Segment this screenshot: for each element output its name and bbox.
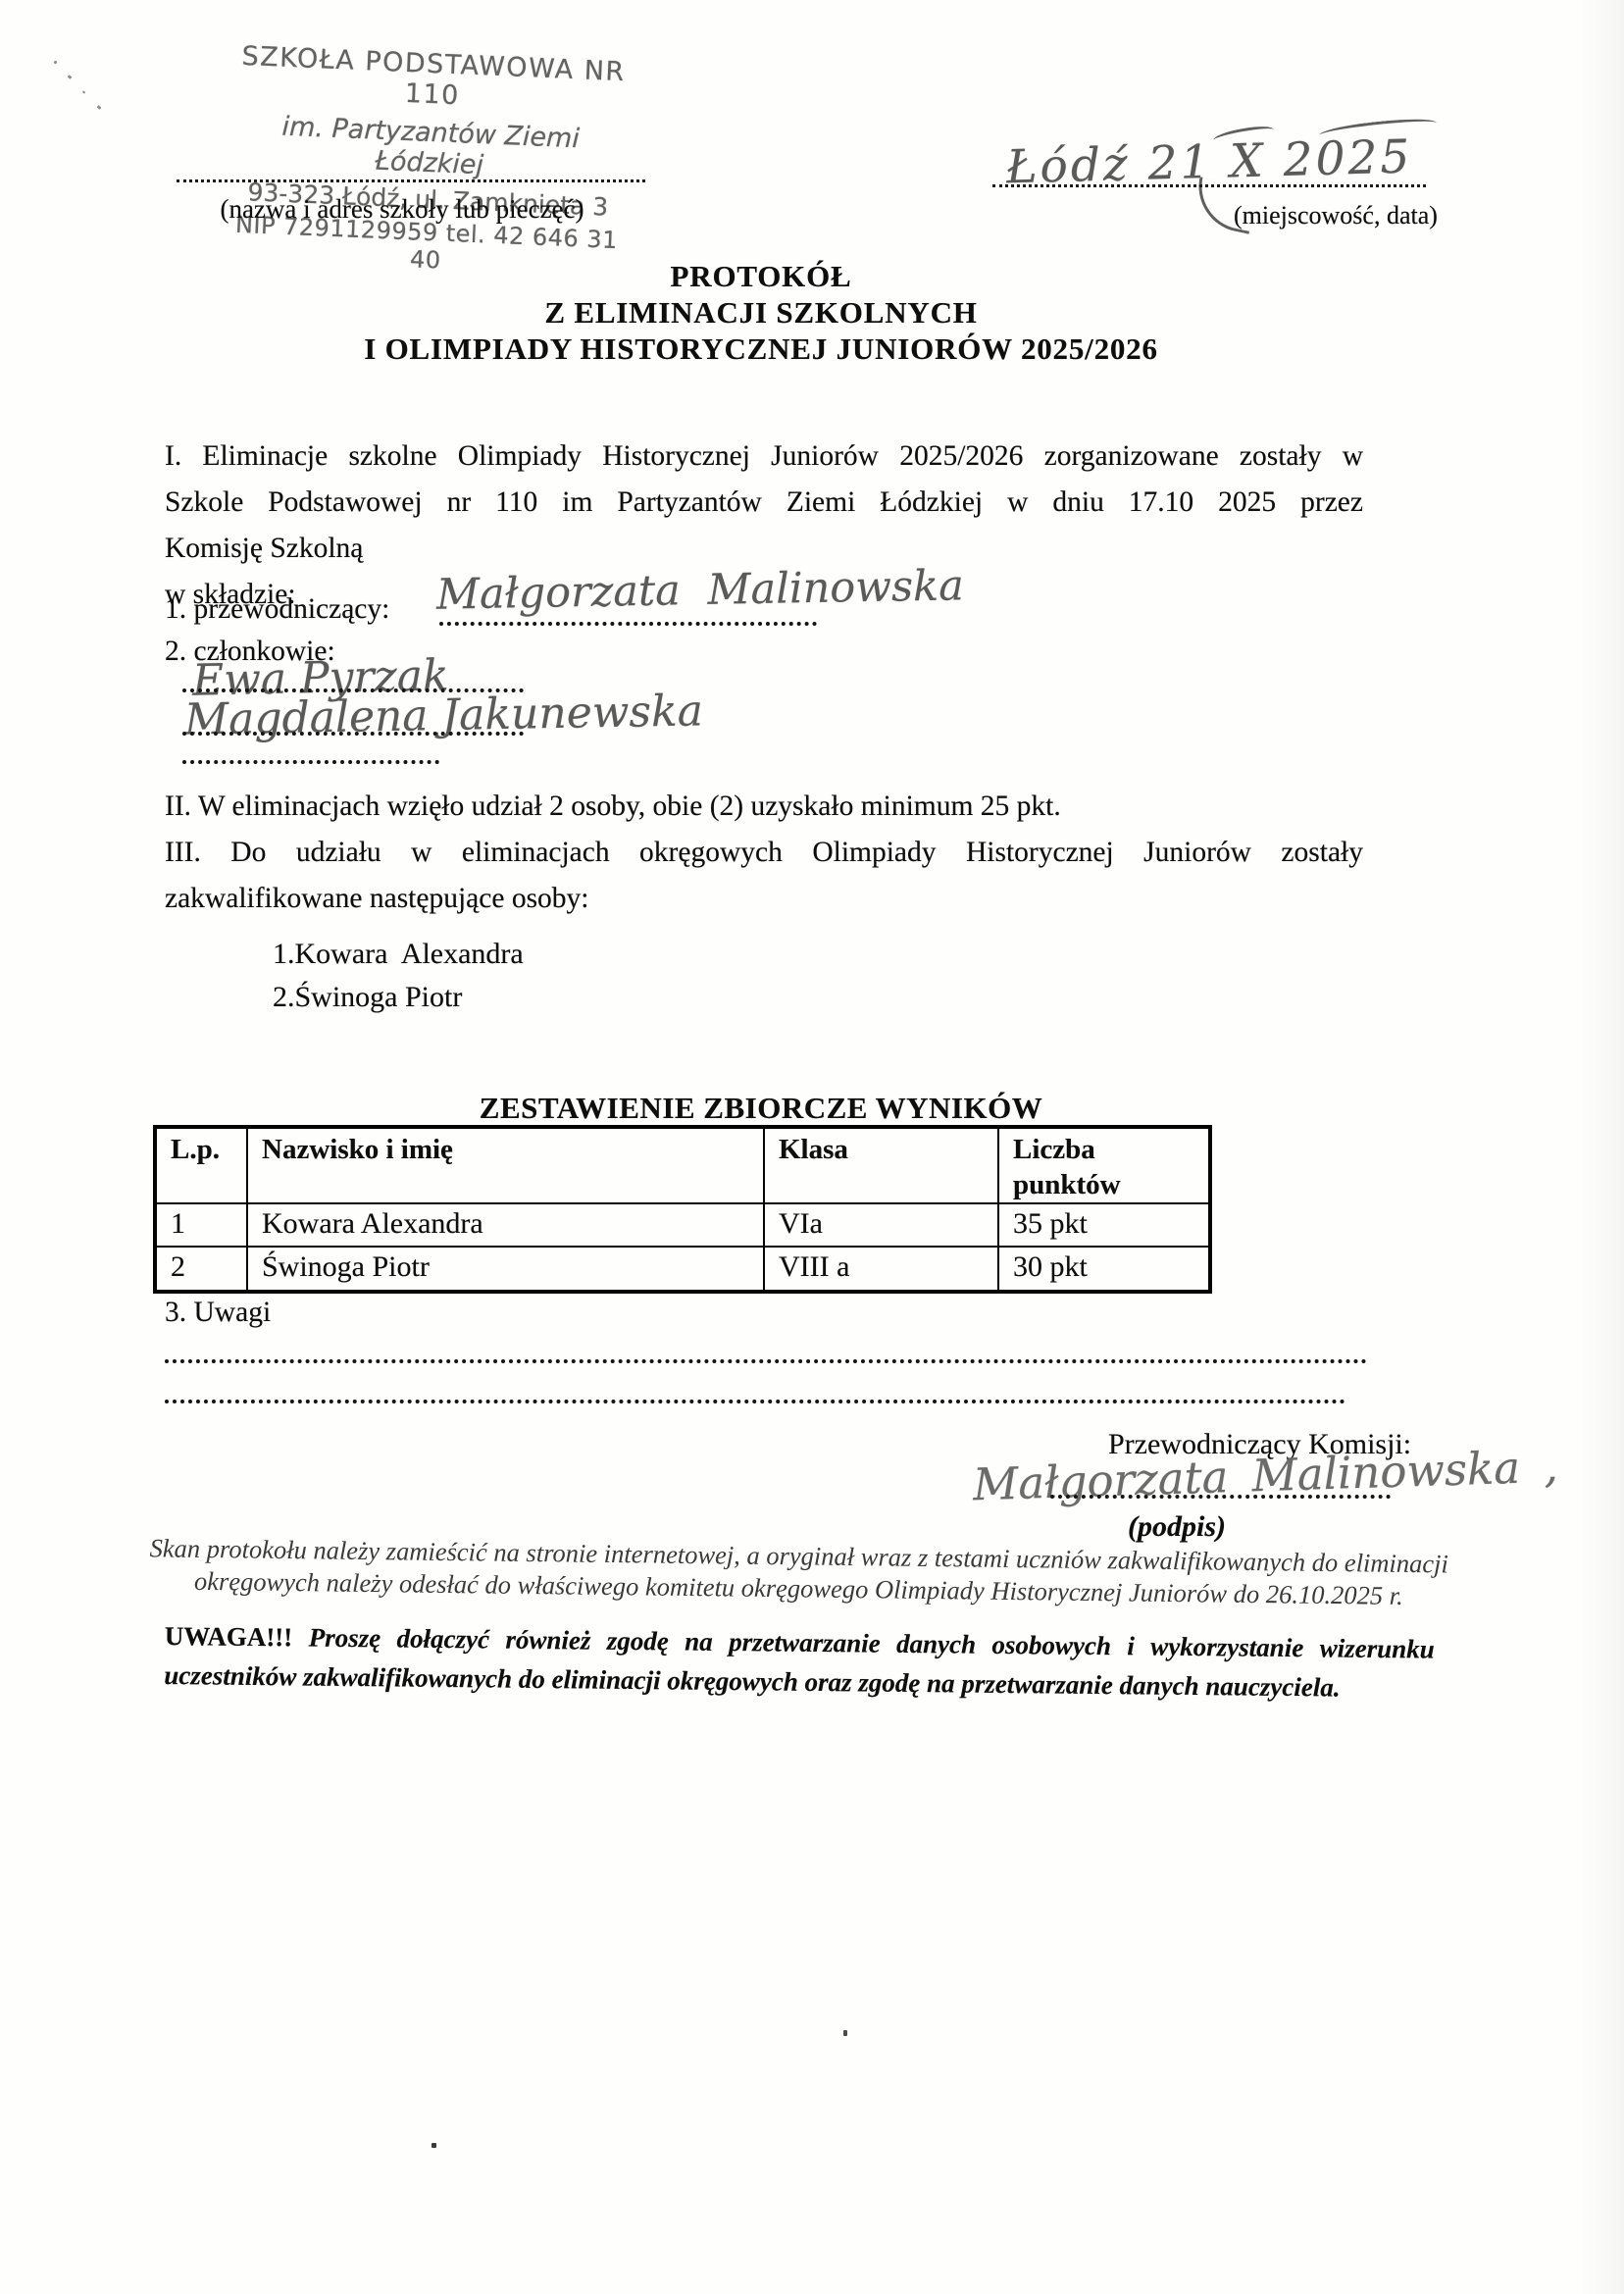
section3-line1: III. Do udziału w eliminacjach okręgowyc… — [165, 836, 1363, 869]
table-row: 2 Świnoga Piotr VIII a 30 pkt — [155, 1247, 1210, 1292]
table-cell-points: 35 pkt — [998, 1203, 1210, 1247]
results-title: ZESTAWIENIE ZBIORCZE WYNIKÓW — [153, 1091, 1369, 1126]
member2-dotted-line — [182, 732, 524, 736]
scanned-protocol-page: SZKOŁA PODSTAWOWA NR 110 im. Partyzantów… — [0, 0, 1624, 2294]
table-header-name: Nazwisko i imię — [247, 1127, 764, 1203]
table-header-row: L.p. Nazwisko i imię Klasa Liczba punktó… — [155, 1127, 1210, 1203]
handwritten-member-2: Magdalena Jakunewska — [184, 686, 704, 744]
section2-text: II. W eliminacjach wzięło udział 2 osoby… — [165, 790, 1363, 823]
table-cell-lp: 2 — [155, 1247, 247, 1292]
section1-line2: Szkole Podstawowej nr 110 im Partyzantów… — [165, 485, 1363, 519]
table-cell-points: 30 pkt — [998, 1247, 1210, 1292]
member3-dotted-line — [182, 760, 439, 764]
signature-dotted-line — [1050, 1495, 1391, 1499]
table-cell-lp: 1 — [155, 1203, 247, 1247]
remarks-label: 3. Uwagi — [165, 1297, 271, 1329]
warning-line2-text: uczestników zakwalifikowanych do elimina… — [164, 1660, 1341, 1703]
scan-speck — [431, 2143, 436, 2148]
chair-label: 1. przewodniczący: — [165, 593, 389, 626]
school-stamp: SZKOŁA PODSTAWOWA NR 110 im. Partyzantów… — [228, 41, 630, 282]
section3-line2: zakwalifikowane następujące osoby: — [165, 882, 1363, 915]
table-header-class: Klasa — [764, 1127, 998, 1203]
handwritten-signature: Małgorzata Malinowska , — [972, 1441, 1558, 1511]
table-cell-name: Świnoga Piotr — [247, 1247, 764, 1292]
qualified-student-2: 2.Świnoga Piotr — [273, 981, 462, 1014]
section1-line1: I. Eliminacje szkolne Olimpiady Historyc… — [165, 439, 1363, 473]
signature-caption: (podpis) — [1079, 1510, 1275, 1544]
chair-dotted-line — [439, 622, 817, 626]
section1-line3: Komisję Szkolną — [165, 532, 1363, 565]
scanner-edge-shadow — [1579, 0, 1624, 2294]
results-table: L.p. Nazwisko i imię Klasa Liczba punktó… — [153, 1125, 1212, 1294]
remarks-dotted-line-2 — [165, 1400, 1345, 1403]
warning-line1-text: Proszę dołączyć również zgodę na przetwa… — [309, 1623, 1435, 1664]
warning-label: UWAGA!!! — [165, 1621, 293, 1652]
school-name-caption: (nazwa i adres szkoły lub pieczęć) — [186, 194, 618, 225]
date-caption: (miejscowość, data) — [1234, 201, 1438, 230]
table-row: 1 Kowara Alexandra VIa 35 pkt — [155, 1203, 1210, 1247]
scan-speck — [53, 60, 57, 64]
table-cell-class: VIII a — [764, 1247, 998, 1292]
document-title: PROTOKÓŁ Z ELIMINACJI SZKOLNYCH I OLIMPI… — [153, 258, 1369, 367]
table-cell-name: Kowara Alexandra — [247, 1203, 764, 1247]
date-dotted-line — [992, 184, 1426, 187]
stamp-school-name: SZKOŁA PODSTAWOWA NR 110 — [235, 41, 630, 119]
remarks-dotted-line-1 — [165, 1359, 1367, 1363]
warning: UWAGA!!! Proszę dołączyć również zgodę n… — [164, 1616, 1435, 1708]
scan-speck — [68, 75, 73, 79]
school-name-dotted-line — [177, 179, 645, 182]
footnote: Skan protokołu należy zamieścić na stron… — [127, 1532, 1471, 1613]
scan-speck — [843, 2030, 847, 2036]
qualified-student-1: 1.Kowara Alexandra — [273, 938, 524, 971]
table-header-lp: L.p. — [155, 1127, 247, 1203]
scan-speck — [97, 105, 102, 110]
table-header-points: Liczba punktów — [998, 1127, 1210, 1203]
title-line-1: PROTOKÓŁ — [153, 258, 1369, 294]
title-line-2: Z ELIMINACJI SZKOLNYCH — [153, 294, 1369, 331]
table-cell-class: VIa — [764, 1203, 998, 1247]
title-line-3: I OLIMPIADY HISTORYCZNEJ JUNIORÓW 2025/2… — [153, 331, 1369, 367]
scan-speck — [82, 90, 86, 93]
handwritten-chair-name: Małgorzata Malinowska — [436, 561, 965, 619]
stamp-patron: im. Partyzantów Ziemi Łódzkiej — [232, 110, 627, 187]
